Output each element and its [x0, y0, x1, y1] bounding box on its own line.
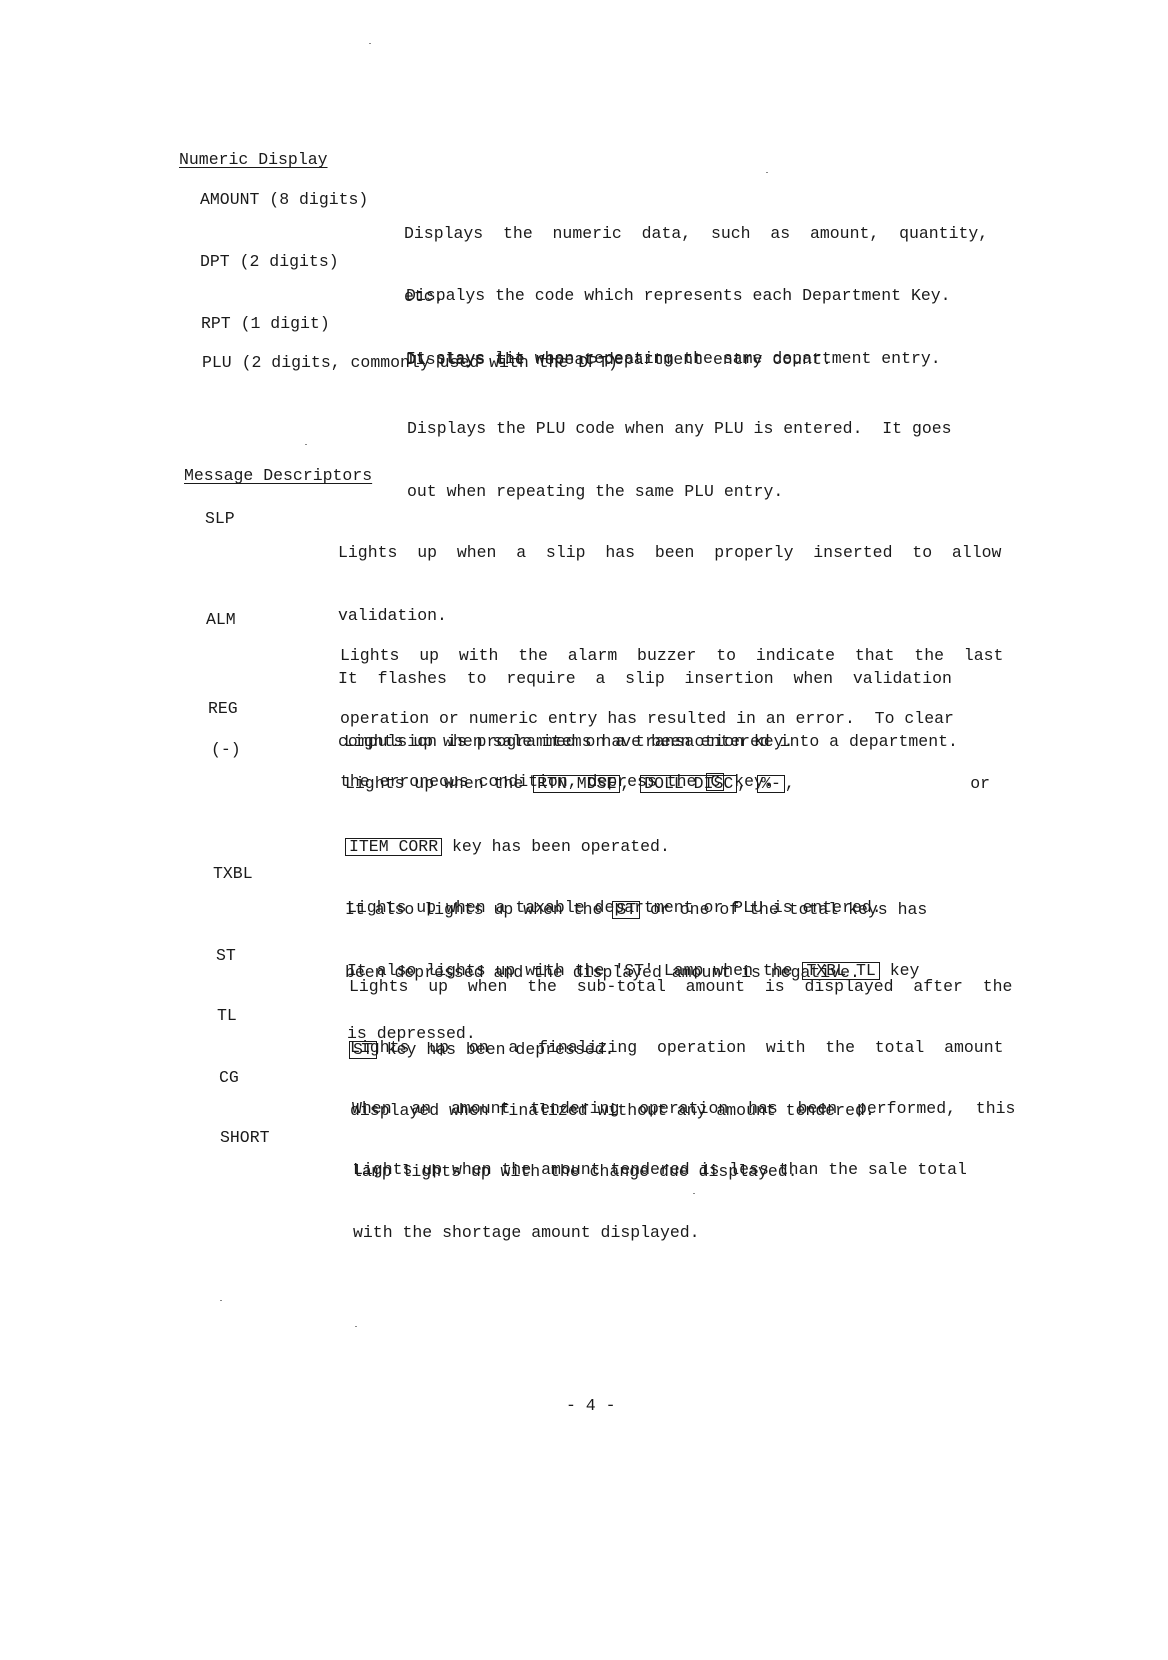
- text: ,: [785, 774, 795, 793]
- key-item-corr: ITEM CORR: [345, 838, 442, 856]
- desc-line: Lights up when the RTN MDSE, DOLL DISC, …: [345, 773, 990, 794]
- text: ,: [620, 774, 640, 793]
- label-reg: REG: [208, 699, 238, 718]
- section-heading-message-descriptors: Message Descriptors: [184, 466, 372, 485]
- label-dpt: DPT (2 digits): [200, 252, 339, 271]
- desc-line: Lights up when the amount tendered is le…: [353, 1159, 967, 1180]
- desc-line: with the shortage amount displayed.: [353, 1222, 967, 1243]
- scan-speck: [369, 43, 371, 44]
- text: ,: [737, 774, 757, 793]
- text: key has been operated.: [442, 837, 670, 856]
- desc-line: out when repeating the same PLU entry.: [407, 481, 952, 502]
- scan-speck: [766, 172, 768, 173]
- desc-line: Displays the numeric data, such as amoun…: [404, 223, 988, 244]
- desc-line: Lights up when a slip has been properly …: [338, 542, 1001, 563]
- key-percent-minus: %-: [757, 775, 785, 793]
- desc-line: Lights up when the sub-total amount is d…: [349, 976, 1012, 997]
- label-cg: CG: [219, 1068, 239, 1087]
- desc-line: Displays the PLU code when any PLU is en…: [407, 418, 952, 439]
- desc-line: Lights up with the alarm buzzer to indic…: [340, 645, 1003, 666]
- scan-speck: [305, 444, 307, 445]
- scan-speck: [220, 1300, 222, 1301]
- label-txbl: TXBL: [213, 864, 253, 883]
- label-alm: ALM: [206, 610, 236, 629]
- desc-short: Lights up when the amount tendered is le…: [353, 1117, 967, 1264]
- scan-speck: [355, 1326, 357, 1327]
- page-number: - 4 -: [566, 1396, 616, 1415]
- desc-line: Dispalys the code which represents each …: [406, 285, 951, 306]
- key-rtn-mdse: RTN MDSE: [533, 775, 620, 793]
- label-short: SHORT: [220, 1128, 270, 1147]
- text: or: [970, 773, 990, 794]
- label-plu: PLU (2 digits, commonly used with the DP…: [202, 353, 618, 372]
- section-heading-numeric-display: Numeric Display: [179, 150, 328, 169]
- label-slp: SLP: [205, 509, 235, 528]
- desc-line: When an amount tendering operation has b…: [352, 1098, 1015, 1119]
- desc-line: Lights up when a taxable department or P…: [347, 897, 919, 918]
- label-minus: (-): [211, 740, 241, 759]
- scan-speck: [693, 1193, 695, 1194]
- label-st: ST: [216, 946, 236, 965]
- desc-line: Lights up on a finalizing operation with…: [350, 1037, 1004, 1058]
- label-rpt: RPT (1 digit): [201, 314, 330, 333]
- key-doll-disc: DOLL DISC: [640, 775, 737, 793]
- desc-line: ITEM CORR key has been operated.: [345, 836, 990, 857]
- label-amount: AMOUNT (8 digits): [200, 190, 368, 209]
- label-tl: TL: [217, 1006, 237, 1025]
- text: Lights up when the: [345, 774, 533, 793]
